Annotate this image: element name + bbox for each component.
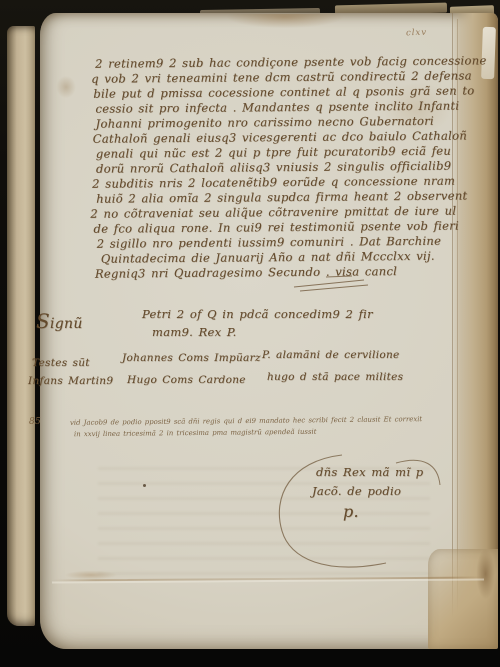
witness-middle-line-2: Hugo Coms Cardone [127,374,246,386]
chancery-note-line-1: vid Jacob9 de podio pposit9 scã dñi regi… [70,415,422,427]
royal-subscription-line-2: mam9. Rex P. [152,325,237,339]
witness-label-line-1: Testes sũt [32,357,90,369]
witness-middle-line-1: Johannes Coms Impũarz [122,352,261,364]
registration-note-line-1: dñs Rex mã mĩ p [316,465,423,479]
chancery-note-line-2: in xxvij linea tricesimã 2 in tricesima … [74,428,317,439]
charter-line: Regniq3 nri Quadragesimo Secundo . visa … [95,263,493,281]
registration-note-line-2: Jacõ. de podio [312,484,401,498]
margin-number: 85 [29,417,41,427]
witness-label-line-2: Infans Martin9 [28,375,113,387]
ghost-text-bleedthrough [98,461,430,583]
previous-page-edge [7,26,35,626]
witness-right-line-1: P. alamãni de cervilione [262,349,400,361]
folio-number: clxv [406,28,427,39]
royal-subscription-line-1: Petri 2 of Q in pdcã concedim9 2 fir [142,307,373,321]
bottom-corner-stack [428,549,498,649]
witness-right-line-2: hugo d stã pace milites [267,371,403,383]
signum-label: Signũ [36,309,83,333]
registration-paraph: p. [343,502,359,521]
charter-text-block: 2 retinem9 2 sub hac condiçone psente vo… [95,53,493,281]
stain [220,14,350,29]
stain [52,71,80,103]
photo-backdrop: clxv 2 retinem9 2 sub hac condiçone psen… [0,0,500,667]
manuscript-page: clxv 2 retinem9 2 sub hac condiçone psen… [40,13,498,649]
